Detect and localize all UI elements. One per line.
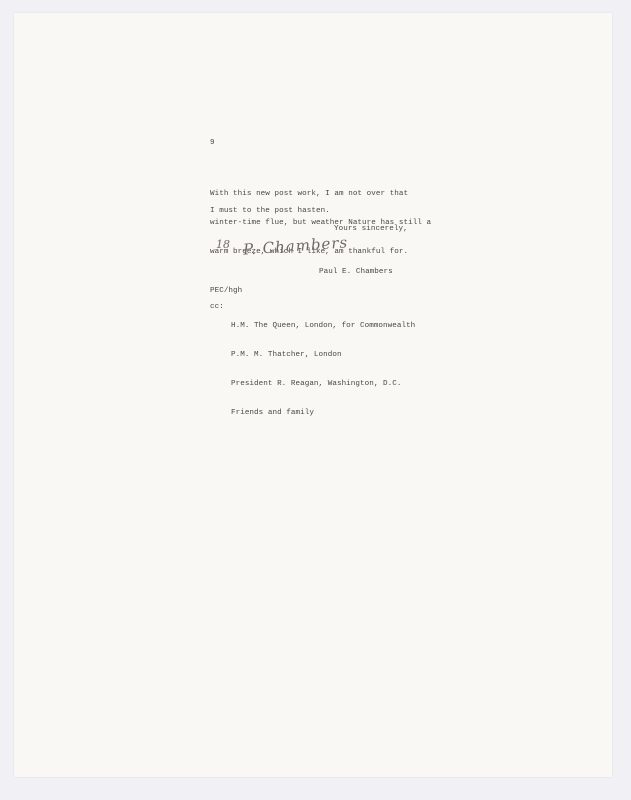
signatory-name: Paul E. Chambers	[319, 268, 393, 278]
cc-label: cc:	[210, 303, 224, 313]
page-number: 9	[210, 139, 215, 149]
cc-recipient: H.M. The Queen, London, for Commonwealth	[231, 322, 415, 332]
body-line: With this new post work, I am not over t…	[210, 190, 431, 200]
cc-recipient: P.M. M. Thatcher, London	[231, 351, 415, 361]
cc-list: H.M. The Queen, London, for Commonwealth…	[231, 303, 415, 428]
cc-recipient: Friends and family	[231, 409, 415, 419]
reference-initials: PEC/hgh	[210, 287, 242, 297]
handwritten-number: 18	[216, 238, 230, 251]
body-paragraph-2: I must to the post hasten.	[210, 207, 330, 217]
cc-recipient: President R. Reagan, Washington, D.C.	[231, 380, 415, 390]
